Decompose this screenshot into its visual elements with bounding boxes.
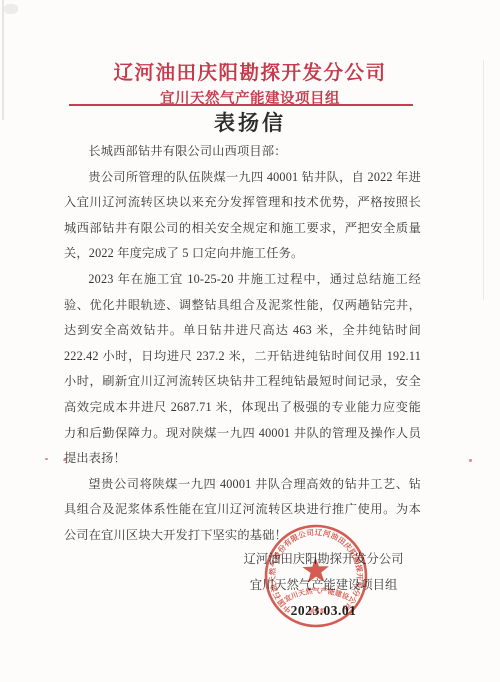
- star-icon: [302, 557, 329, 583]
- letterhead-divider-rule: [69, 104, 413, 106]
- body-paragraph: 2023 年在施工宜 10-25-20 井施工过程中，通过总结施工经验、优化井眼…: [64, 267, 421, 472]
- scan-smudge: [4, 4, 18, 14]
- official-seal-stamp: 中国石油天然气股份有限公司辽河油田庆阳勘探开发分公司 宜川天然气产能建设 项目组: [261, 521, 371, 631]
- scan-speck: [469, 459, 472, 462]
- scan-speck: [45, 458, 48, 460]
- scan-speck: [63, 459, 67, 461]
- seal-bottom-text: 项目组: [308, 606, 327, 615]
- seal-inner-arc-text: 宜川天然气产能建设: [282, 585, 351, 604]
- letterhead-company: 辽河油田庆阳勘探开发分公司: [0, 57, 500, 85]
- salutation-line: 长城西部钻井有限公司山西项目部：: [64, 139, 421, 165]
- letter-body: 长城西部钻井有限公司山西项目部： 贵公司所管理的队伍陕煤一九四 40001 钻井…: [64, 139, 421, 549]
- scanned-letter-page: 辽河油田庆阳勘探开发分公司 宜川天然气产能建设项目组 表扬信 长城西部钻井有限公…: [0, 0, 500, 682]
- letter-title: 表扬信: [0, 107, 500, 137]
- body-paragraph: 贵公司所管理的队伍陕煤一九四 40001 钻井队，自 2022 年进入宜川辽河流…: [64, 165, 421, 267]
